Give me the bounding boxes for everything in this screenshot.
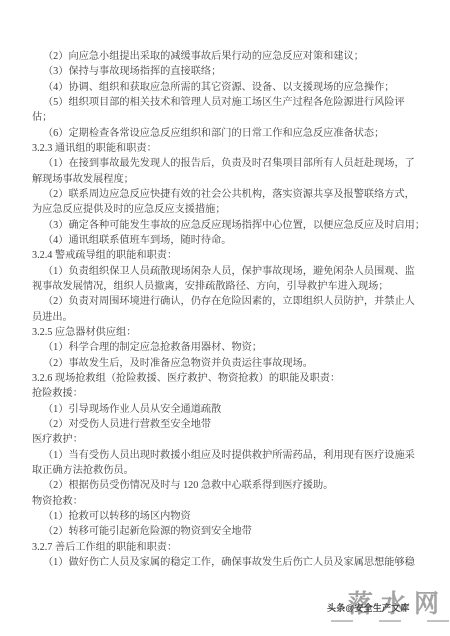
- document-line: 取正确方法抢救伤员。: [32, 463, 424, 478]
- document-line: （3）保持与事故现场指挥的直接联络；: [32, 64, 424, 79]
- watermark-account-text: 头条@安全生产文库: [327, 601, 410, 614]
- watermark-underline-segment: [331, 620, 353, 622]
- document-line: 3.2.5 应急器材供应组：: [32, 325, 424, 340]
- document-line: （1）引导现场作业人员从安全通道疏散: [32, 402, 424, 417]
- document-line: 视事故发展情况，组织人员撤离，安排疏散路径、方向，引导救护车进入现场；: [32, 279, 424, 294]
- document-line: （2）向应急小组提出采取的减缓事故后果行动的应急反应对策和建议；: [32, 49, 424, 64]
- document-line: （1）抢救可以转移的场区内物资: [32, 509, 424, 524]
- document-line: （1）科学合理的制定应急抢救备用器材、物资；: [32, 340, 424, 355]
- document-line: （1）做好伤亡人员及家属的稳定工作，确保事故发生后伤亡人员及家属思想能够稳: [32, 555, 424, 570]
- document-line: （2）事故发生后，及时准备应急物资并负责运往事故现场。: [32, 356, 424, 371]
- document-line: 抢险救援：: [32, 386, 424, 401]
- document-line: 解现场事故发展程度；: [32, 172, 424, 187]
- watermark-underline-marks: [331, 620, 449, 622]
- document-line: 3.2.6 现场抢救组（抢险救援、医疗救护、物资抢救）的职能及职责：: [32, 371, 424, 386]
- document-line: （4）通讯组联系值班车到场，随时待命。: [32, 233, 424, 248]
- document-line: 物资抢救：: [32, 494, 424, 509]
- watermark-underline-segment: [427, 620, 449, 622]
- document-line: （3）确定各种可能发生事故的应急反应现场指挥中心位置，以便应急反应及时启用；: [32, 218, 424, 233]
- document-line: 医疗救护：: [32, 432, 424, 447]
- document-line: （1）在接到事故最先发现人的报告后，负责及时召集项目部所有人员赶赴现场，了: [32, 156, 424, 171]
- document-line: （6）定期检查各常设应急反应组织和部门的日常工作和应急反应准备状态；: [32, 126, 424, 141]
- watermark: 落水网 头条@安全生产文库: [325, 584, 449, 630]
- document-line: 为应急反应提供及时的应急反应支援措施；: [32, 202, 424, 217]
- document-line: （1）负责组织保卫人员疏散现场闲杂人员，保护事故现场，避免闲杂人员围观、监: [32, 264, 424, 279]
- document-line: （2）转移可能引起新危险源的物资到安全地带: [32, 524, 424, 539]
- document-body: （2）向应急小组提出采取的减缓事故后果行动的应急反应对策和建议；（3）保持与事故…: [32, 49, 424, 570]
- watermark-site-text: 落水网: [348, 584, 447, 620]
- document-line: （4）协调、组织和获取应急所需的其它资源、设备、以支援现场的应急操作；: [32, 80, 424, 95]
- document-line: 3.2.4 警戒疏导组的职能和职责：: [32, 248, 424, 263]
- document-line: （2）联系周边应急反应快捷有效的社会公共机构，落实资源共享及报警联络方式，: [32, 187, 424, 202]
- document-line: （5）组织项目部的相关技术和管理人员对施工场区生产过程各危险源进行风险评: [32, 95, 424, 110]
- document-line: 3.2.3 通讯组的职能和职责：: [32, 141, 424, 156]
- document-line: （2）负责对周围环境进行确认，仍存在危险因素的，立即组织人员防护，并禁止人: [32, 294, 424, 309]
- document-line: （2）根据伤员受伤情况及时与 120 急救中心联系得到医疗援助。: [32, 478, 424, 493]
- document-line: 估；: [32, 110, 424, 125]
- document-line: （2）对受伤人员进行营救至安全地带: [32, 417, 424, 432]
- document-line: （1）当有受伤人员出现时救援小组应及时提供救护所需药品，利用现有医疗设施采: [32, 448, 424, 463]
- document-line: 员进出。: [32, 310, 424, 325]
- document-line: 3.2.7 善后工作组的职能和职责：: [32, 540, 424, 555]
- document-page: （2）向应急小组提出采取的减缓事故后果行动的应急反应对策和建议；（3）保持与事故…: [0, 0, 450, 636]
- watermark-underline-segment: [379, 620, 401, 622]
